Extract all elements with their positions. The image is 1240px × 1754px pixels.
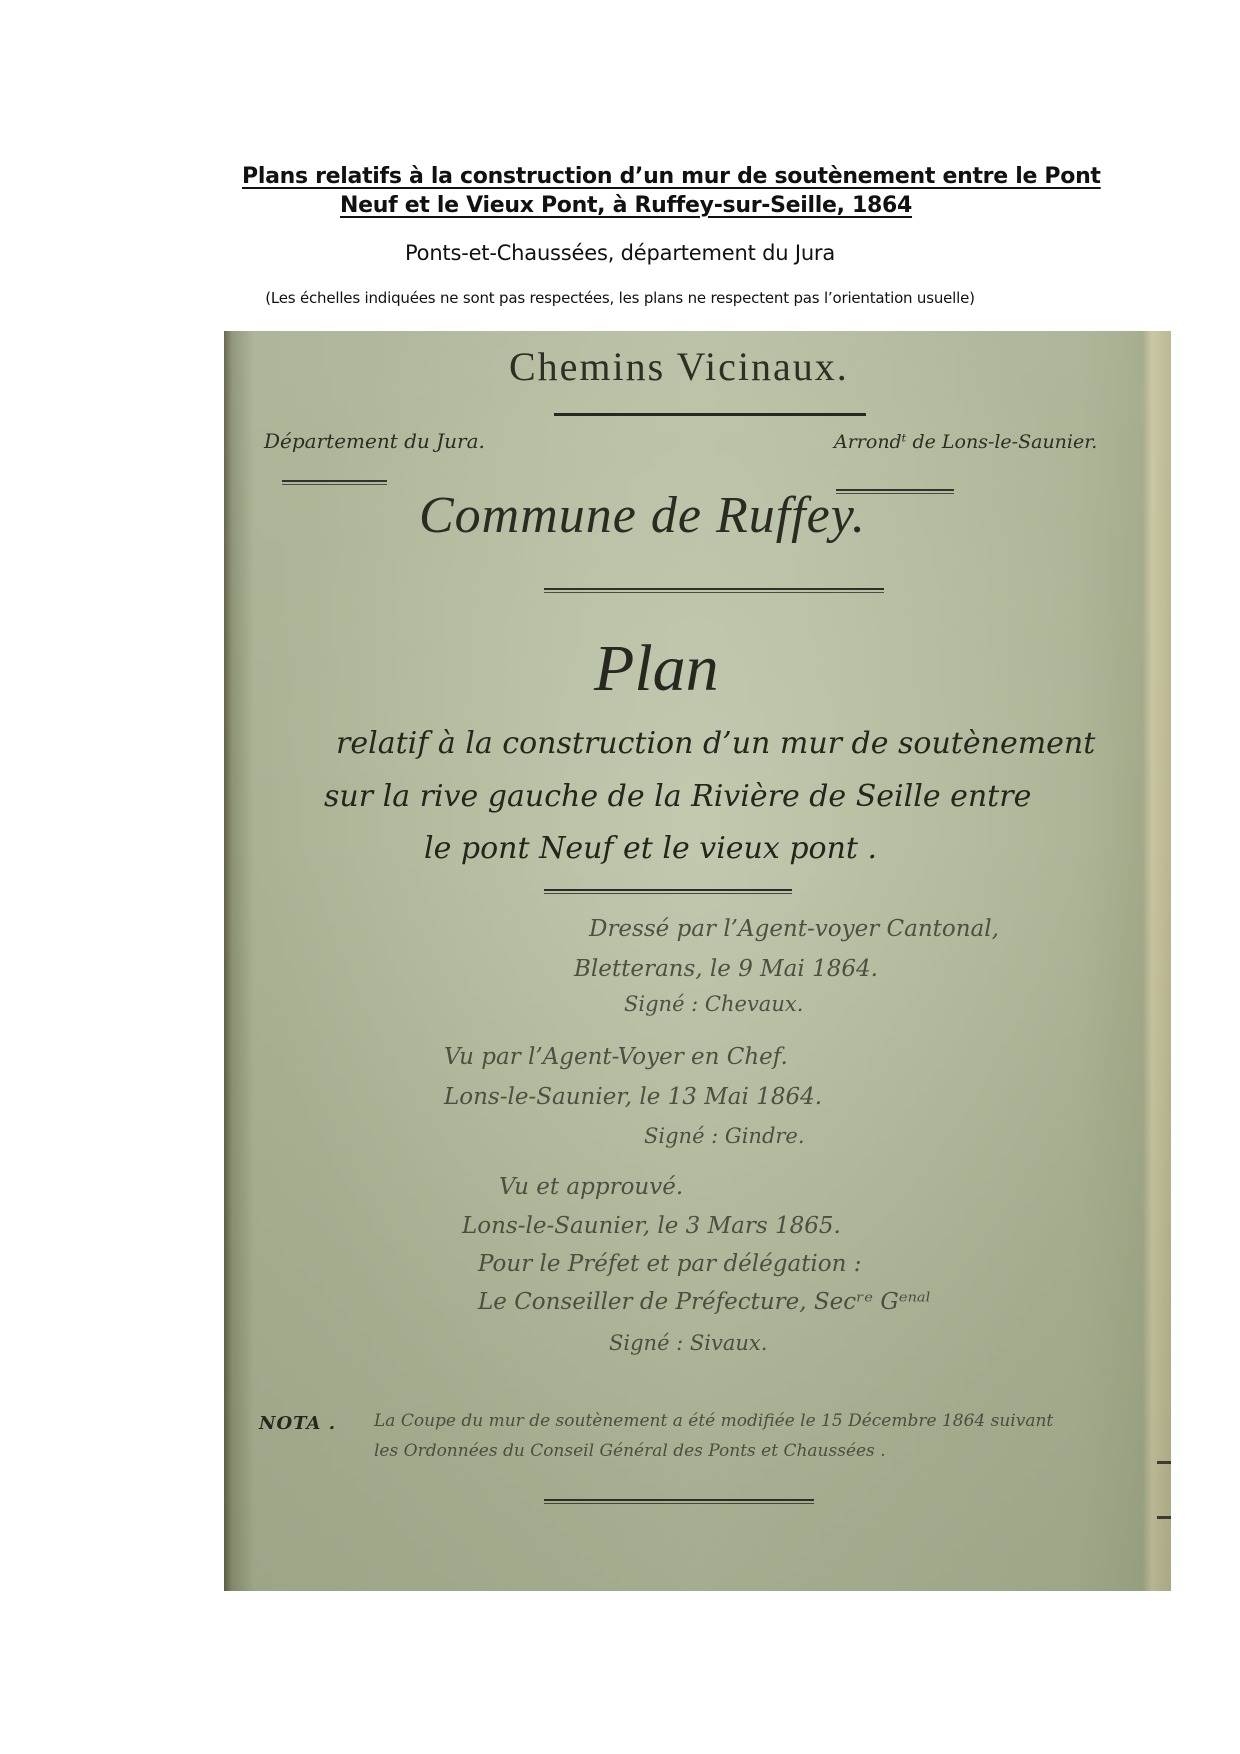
photo-dresse-line: Dressé par l’Agent-voyer Cantonal, [589,916,999,942]
document-title-line-2: Neuf et le Vieux Pont, à Ruffey-sur-Seil… [340,193,912,218]
paper-edge-mark [1157,1516,1171,1519]
photo-departement: Département du Jura. [264,429,485,453]
divider [282,480,387,485]
divider [544,1499,814,1504]
document-title-line-1: Plans relatifs à la construction d’un mu… [242,164,1101,189]
document-subtitle: Ponts-et-Chaussées, département du Jura [0,241,1240,265]
photo-dresse-line: Bletterans, le 9 Mai 1864. [574,956,878,982]
divider [544,588,884,593]
photo-approuve-line: Pour le Préfet et par délégation : [478,1251,862,1277]
photo-vu-signature: Signé : Gindre. [644,1124,805,1148]
photo-plan-title: Plan [594,631,719,707]
divider [544,889,792,894]
photo-dresse-signature: Signé : Chevaux. [624,992,803,1016]
photo-vu-line: Lons-le-Saunier, le 13 Mai 1864. [444,1084,822,1110]
photo-vu-line: Vu par l’Agent-Voyer en Chef. [444,1044,788,1070]
photo-approuve-line: Lons-le-Saunier, le 3 Mars 1865. [462,1213,841,1239]
photo-description-line: sur la rive gauche de la Rivière de Seil… [324,779,1031,814]
photo-description-line: le pont Neuf et le vieux pont . [424,831,877,866]
archival-document-photo: Chemins Vicinaux. Département du Jura. A… [224,331,1171,1591]
photo-nota-label: NOTA . [259,1413,336,1434]
photo-approuve-line: Vu et approuvé. [499,1174,683,1200]
photo-heading-chemins-vicinaux: Chemins Vicinaux. [509,343,849,390]
photo-commune: Commune de Ruffey. [419,486,866,545]
photo-approuve-signature: Signé : Sivaux. [609,1331,767,1355]
photo-nota-line: les Ordonnées du Conseil Général des Pon… [374,1441,886,1461]
photo-description-line: relatif à la construction d’un mur de so… [336,726,1095,761]
photo-nota-line: La Coupe du mur de soutènement a été mod… [374,1411,1053,1431]
photo-approuve-line: Le Conseiller de Préfecture, Secʳᵉ Gᵉⁿᵃˡ [478,1289,931,1315]
divider [554,413,866,418]
scale-orientation-note: (Les échelles indiquées ne sont pas resp… [0,289,1240,307]
photo-arrondissement: Arrondᵗ de Lons-le-Saunier. [834,431,1097,453]
paper-edge-mark [1157,1461,1171,1464]
